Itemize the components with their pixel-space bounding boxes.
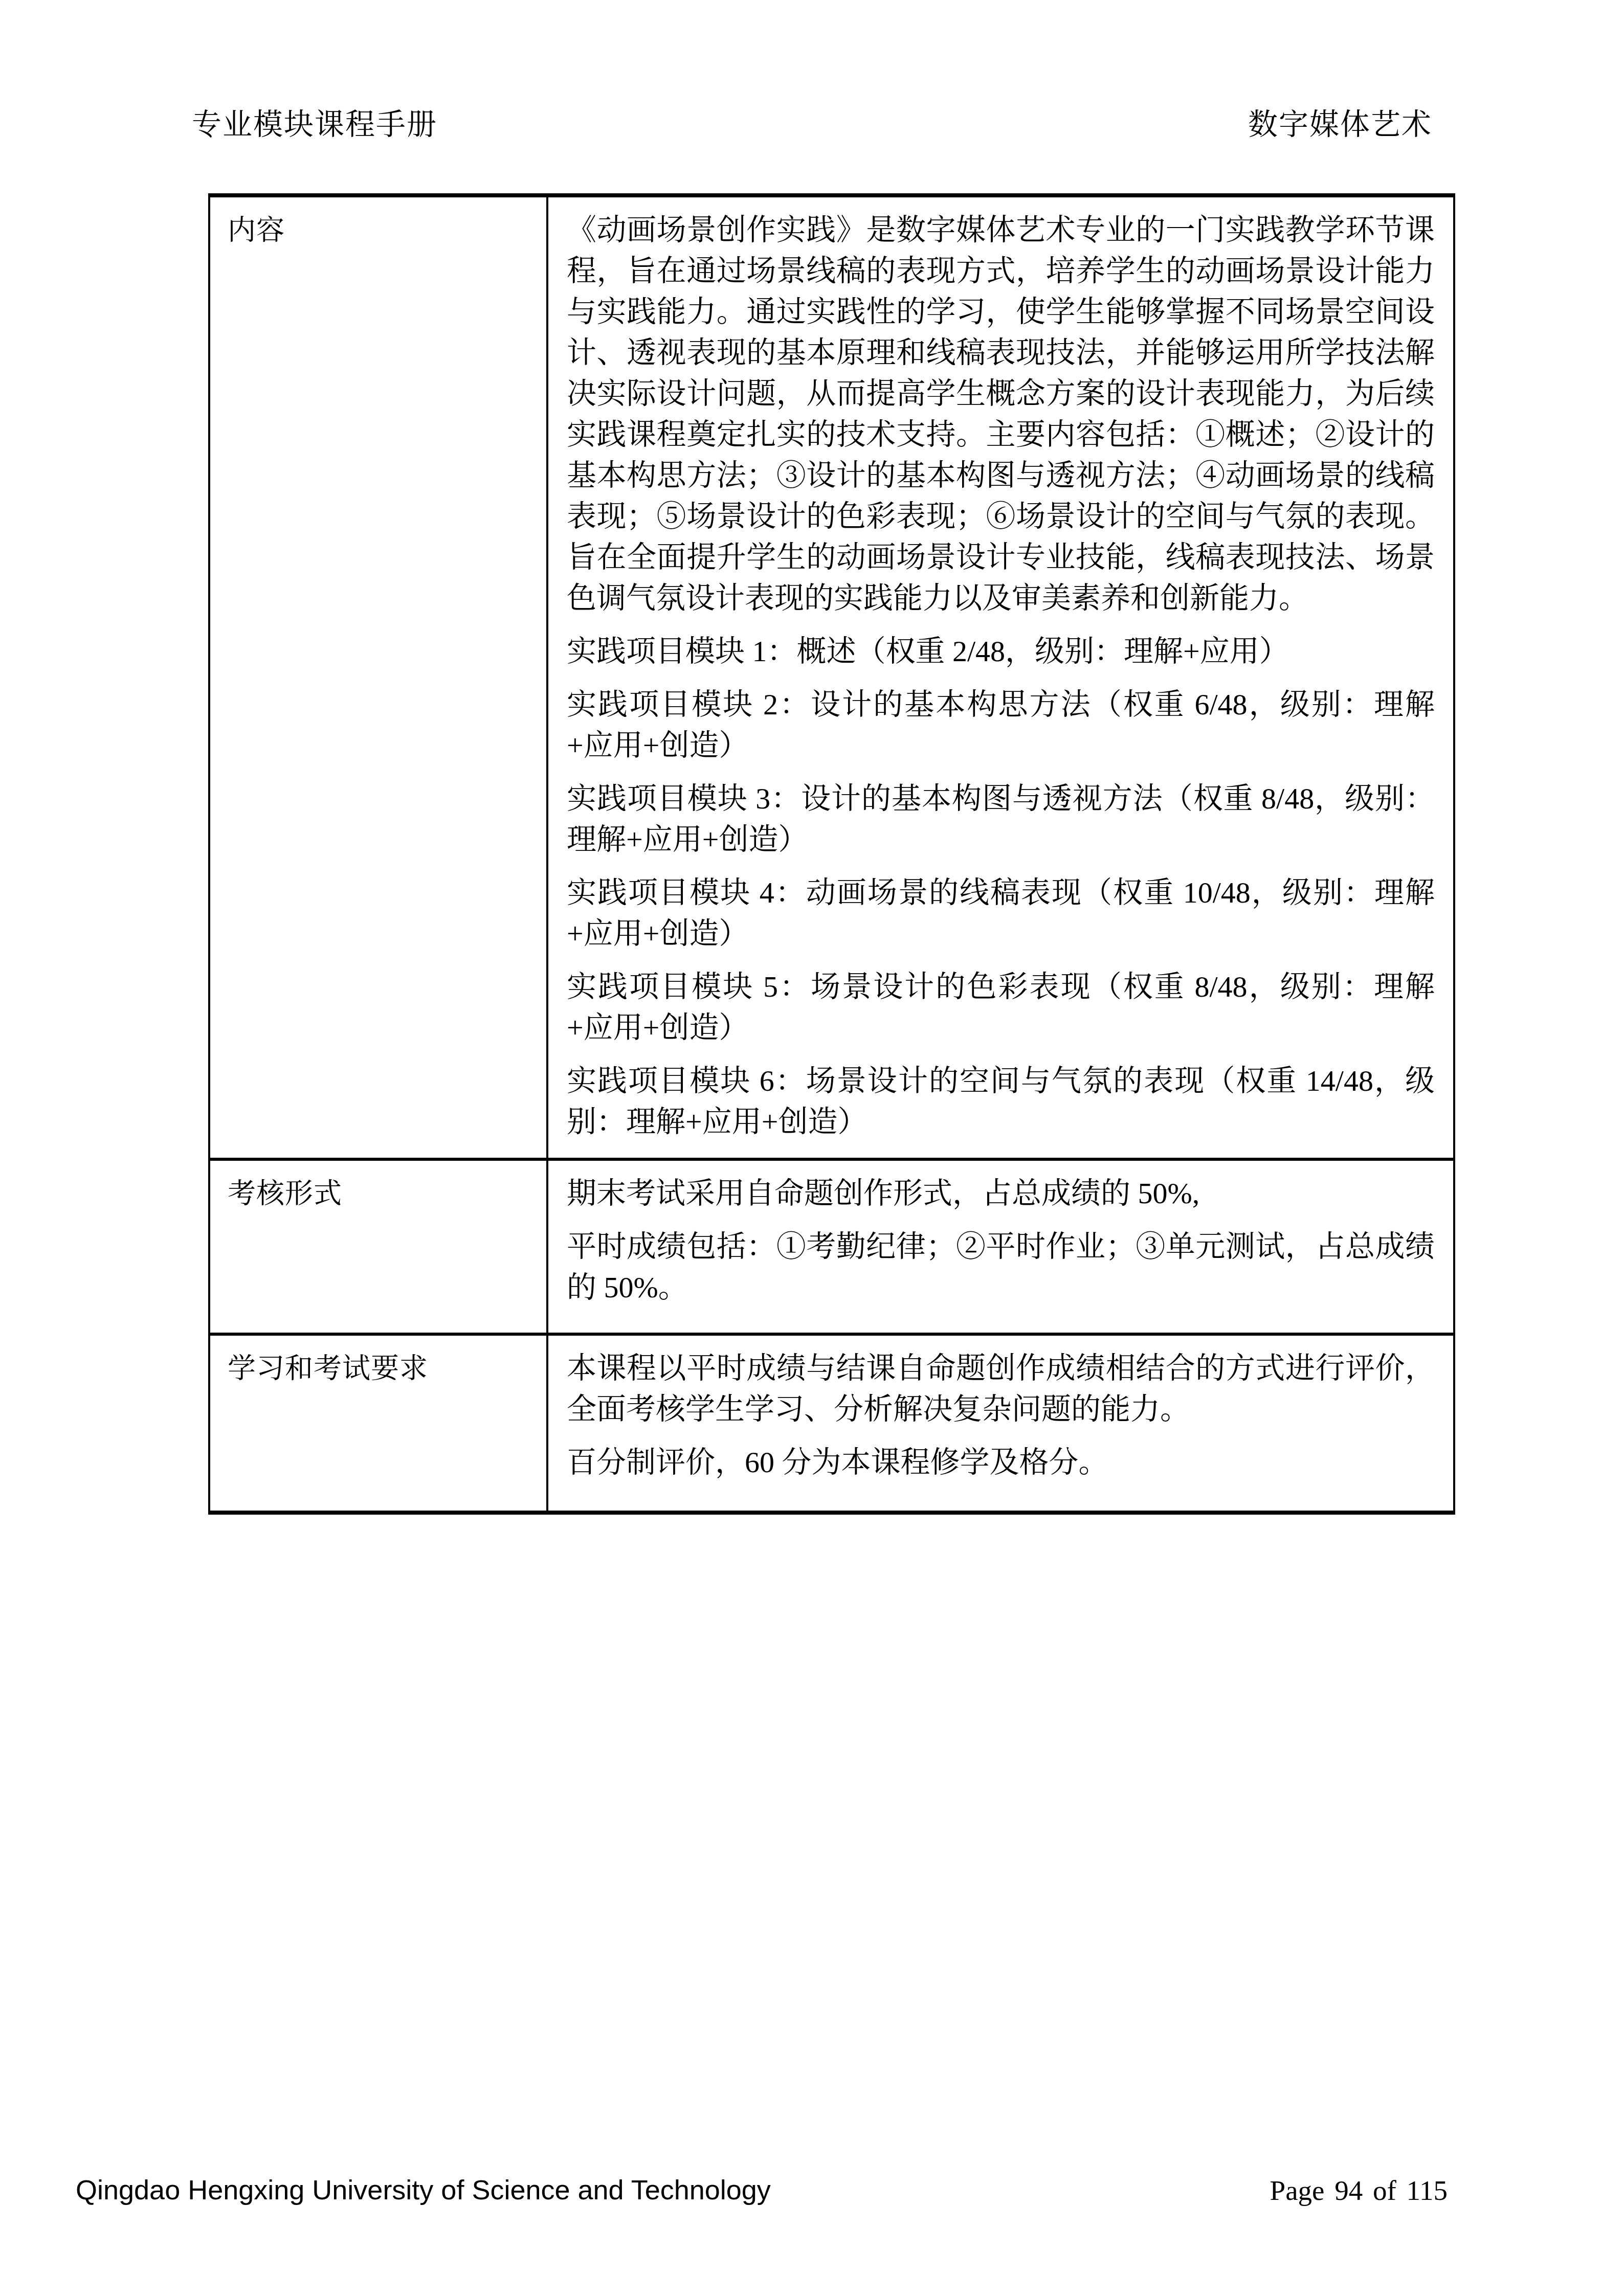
paragraph-module-4: 实践项目模块 4：动画场景的线稿表现（权重 10/48，级别：理解+应用+创造） <box>567 872 1435 954</box>
row-label-assessment: 考核形式 <box>209 1159 547 1334</box>
paragraph-module-3: 实践项目模块 3：设计的基本构图与透视方法（权重 8/48，级别：理解+应用+创… <box>567 778 1435 860</box>
header-right-title: 数字媒体艺术 <box>1248 100 1432 143</box>
page: 专业模块课程手册 数字媒体艺术 内容 《动画场景创作实践》是数字媒体艺术专业的一… <box>0 0 1624 2296</box>
paragraph-evaluation: 本课程以平时成绩与结课自命题创作成绩相结合的方式进行评价，全面考核学生学习、分析… <box>567 1348 1435 1430</box>
paragraph-regular-grade: 平时成绩包括：①考勤纪律；②平时作业；③单元测试，占总成绩的 50%。 <box>567 1226 1435 1308</box>
course-info-table: 内容 《动画场景创作实践》是数字媒体艺术专业的一门实践教学环节课程，旨在通过场景… <box>208 193 1455 1515</box>
footer-page-number: Page 94 of 115 <box>1270 2174 1448 2207</box>
table-row-content: 内容 《动画场景创作实践》是数字媒体艺术专业的一门实践教学环节课程，旨在通过场景… <box>209 195 1454 1159</box>
paragraph-module-6: 实践项目模块 6：场景设计的空间与气氛的表现（权重 14/48，级别：理解+应用… <box>567 1061 1435 1142</box>
paragraph-intro: 《动画场景创作实践》是数字媒体艺术专业的一门实践教学环节课程，旨在通过场景线稿的… <box>567 210 1435 619</box>
row-body-content: 《动画场景创作实践》是数字媒体艺术专业的一门实践教学环节课程，旨在通过场景线稿的… <box>547 195 1454 1159</box>
footer-university: Qingdao Hengxing University of Science a… <box>76 2174 771 2206</box>
row-label-content: 内容 <box>209 195 547 1159</box>
header-left-title: 专业模块课程手册 <box>192 100 437 143</box>
paragraph-module-2: 实践项目模块 2：设计的基本构思方法（权重 6/48，级别：理解+应用+创造） <box>567 684 1435 766</box>
paragraph-module-1: 实践项目模块 1：概述（权重 2/48，级别：理解+应用） <box>567 631 1435 672</box>
row-body-assessment: 期末考试采用自命题创作形式，占总成绩的 50%, 平时成绩包括：①考勤纪律；②平… <box>547 1159 1454 1334</box>
table-row-assessment: 考核形式 期末考试采用自命题创作形式，占总成绩的 50%, 平时成绩包括：①考勤… <box>209 1159 1454 1334</box>
row-label-requirements: 学习和考试要求 <box>209 1334 547 1513</box>
paragraph-final-exam: 期末考试采用自命题创作形式，占总成绩的 50%, <box>567 1173 1435 1214</box>
paragraph-passing-score: 百分制评价，60 分为本课程修学及格分。 <box>567 1442 1435 1483</box>
table-row-requirements: 学习和考试要求 本课程以平时成绩与结课自命题创作成绩相结合的方式进行评价，全面考… <box>209 1334 1454 1513</box>
row-body-requirements: 本课程以平时成绩与结课自命题创作成绩相结合的方式进行评价，全面考核学生学习、分析… <box>547 1334 1454 1513</box>
paragraph-module-5: 实践项目模块 5：场景设计的色彩表现（权重 8/48，级别：理解+应用+创造） <box>567 966 1435 1048</box>
